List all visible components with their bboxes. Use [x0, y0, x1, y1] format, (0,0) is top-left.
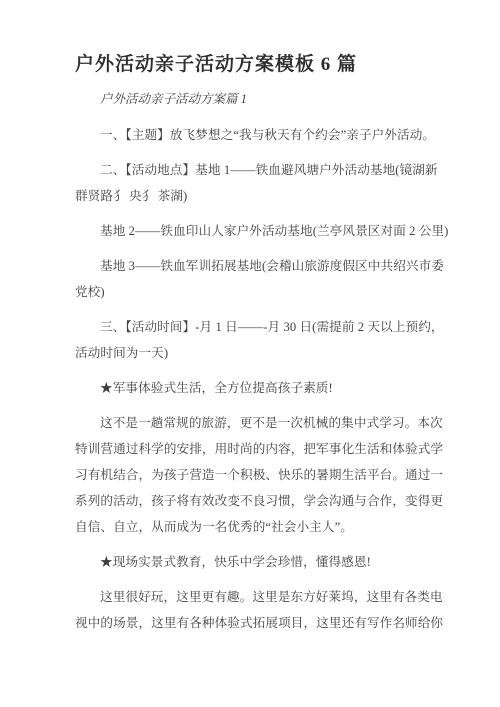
- paragraph-line: 这不是一趟常规的旅游，更不是一次机械的集中式学习。本次: [75, 410, 444, 436]
- document-subtitle: 户外活动亲子活动方案篇 1: [75, 89, 444, 109]
- paragraph-highlight-military: ★军事体验式生活，全方位提高孩子素质!: [75, 375, 444, 401]
- paragraph-line: 群贤路犭 央犭 茶湖): [75, 183, 444, 209]
- paragraph-line: 系列的活动，孩子将有效改变不良习惯，学会沟通与合作，变得更: [75, 488, 444, 514]
- paragraph-line: 视中的场景，这里有各种体验式拓展项目，这里还有写作名师给你: [75, 610, 444, 636]
- paragraph-location-base3: 基地 3——铁血军训拓展基地(会稽山旅游度假区中共绍兴市委 党校): [75, 253, 444, 305]
- document-page: 户外活动亲子活动方案模板 6 篇 户外活动亲子活动方案篇 1 一、【主题】放飞梦…: [0, 0, 500, 707]
- paragraph-theme: 一、【主题】放飞梦想之“我与秋天有个约会”亲子户外活动。: [75, 122, 444, 148]
- paragraph-line: 基地 3——铁血军训拓展基地(会稽山旅游度假区中共绍兴市委: [75, 253, 444, 279]
- paragraph-line: 这里很好玩，这里更有趣。这里是东方好莱坞，这里有各类电: [75, 584, 444, 610]
- paragraph-line: 党校): [75, 279, 444, 305]
- paragraph-line: 习有机结合，为孩子营造一个积极、快乐的暑期生活平台。通过一: [75, 462, 444, 488]
- paragraph-line: 基地 2——铁血印山人家户外活动基地(兰亭风景区对面 2 公里): [75, 218, 444, 244]
- paragraph-line: ★现场实景式教育，快乐中学会珍惜，懂得感恩!: [75, 549, 444, 575]
- paragraph-highlight-education: ★现场实景式教育，快乐中学会珍惜，懂得感恩!: [75, 549, 444, 575]
- paragraph-body-military: 这不是一趟常规的旅游，更不是一次机械的集中式学习。本次 特训营通过科学的安排，用…: [75, 410, 444, 540]
- document-title: 户外活动亲子活动方案模板 6 篇: [75, 50, 444, 80]
- paragraph-body-fun: 这里很好玩，这里更有趣。这里是东方好莱坞，这里有各类电 视中的场景，这里有各种体…: [75, 584, 444, 636]
- paragraph-location-base1: 二、【活动地点】基地 1——铁血避风塘户外活动基地(镜湖新 群贤路犭 央犭 茶湖…: [75, 157, 444, 209]
- paragraph-line: 活动时间为一天): [75, 340, 444, 366]
- paragraph-line: 二、【活动地点】基地 1——铁血避风塘户外活动基地(镜湖新: [75, 157, 444, 183]
- paragraph-line: ★军事体验式生活，全方位提高孩子素质!: [75, 375, 444, 401]
- paragraph-line: 特训营通过科学的安排，用时尚的内容，把军事化生活和体验式学: [75, 436, 444, 462]
- paragraph-time: 三、【活动时间】-月 1 日——-月 30 日(需提前 2 天以上预约， 活动时…: [75, 314, 444, 366]
- paragraph-line: 三、【活动时间】-月 1 日——-月 30 日(需提前 2 天以上预约，: [75, 314, 444, 340]
- paragraph-location-base2: 基地 2——铁血印山人家户外活动基地(兰亭风景区对面 2 公里): [75, 218, 444, 244]
- paragraph-line: 自信、自立，从而成为一名优秀的“社会小主人”。: [75, 514, 444, 540]
- paragraph-line: 一、【主题】放飞梦想之“我与秋天有个约会”亲子户外活动。: [75, 122, 444, 148]
